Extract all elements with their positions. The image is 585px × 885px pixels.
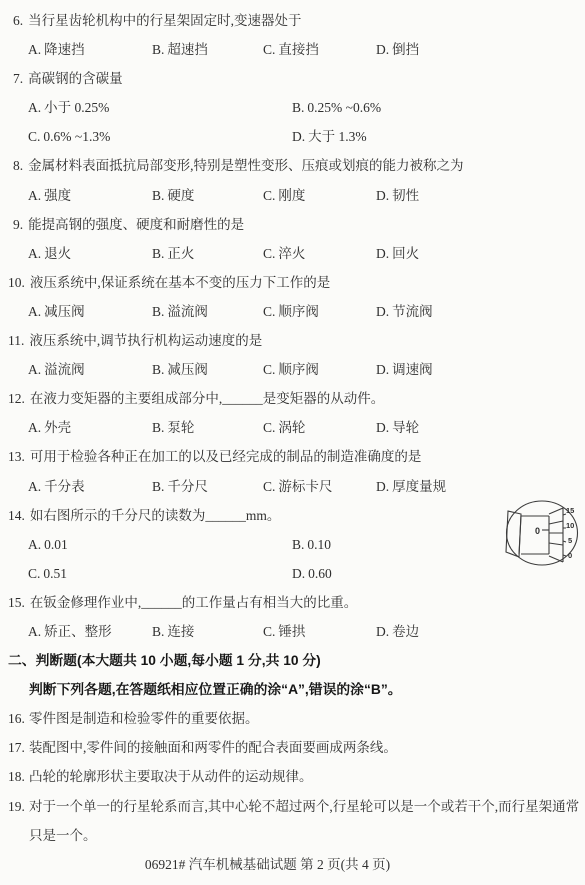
option-label: A. <box>28 420 41 435</box>
mc-question-14: 14.如右图所示的千分尺的读数为______mm。 <box>8 501 577 530</box>
question-number: 18. <box>8 762 25 791</box>
mc-question-7-options-row2: C.0.6% ~1.3% D.大于 1.3% <box>8 122 577 151</box>
option-b: B.溢流阀 <box>152 297 208 326</box>
option-text: 回火 <box>392 246 419 261</box>
option-d: D.0.60 <box>292 559 332 588</box>
option-label: D. <box>376 42 389 57</box>
option-text: 节流阀 <box>392 304 433 319</box>
option-label: B. <box>152 420 164 435</box>
option-label: B. <box>152 188 164 203</box>
question-text: 当行星齿轮机构中的行星架固定时,变速器处于 <box>28 13 301 28</box>
section2-title: 二、判断题(本大题共 10 小题,每小题 1 分,共 10 分) <box>8 646 577 675</box>
option-a: A.减压阀 <box>28 297 85 326</box>
option-a: A.退火 <box>28 239 71 268</box>
option-label: A. <box>28 100 41 115</box>
option-text: 倒挡 <box>392 42 419 57</box>
option-b: B.千分尺 <box>152 472 208 501</box>
question-number: 8. <box>8 158 23 173</box>
option-c: C.锤拱 <box>263 617 305 646</box>
option-c: C.刚度 <box>263 181 305 210</box>
option-c: C.顺序阀 <box>263 297 319 326</box>
option-text: 刚度 <box>278 188 305 203</box>
option-label: C. <box>28 129 40 144</box>
question-text: 零件图是制造和检验零件的重要依据。 <box>29 711 259 726</box>
option-text: 超速挡 <box>167 42 208 57</box>
option-label: B. <box>292 100 304 115</box>
mc-question-11: 11.液压系统中,调节执行机构运动速度的是 <box>8 326 577 355</box>
option-text: 直接挡 <box>278 42 319 57</box>
option-c: C.淬火 <box>263 239 305 268</box>
question-number: 11. <box>8 333 24 348</box>
option-b: B.超速挡 <box>152 35 208 64</box>
question-number: 13. <box>8 449 25 464</box>
option-c: C.0.51 <box>28 559 67 588</box>
option-text: 千分表 <box>44 479 85 494</box>
option-d: D.韧性 <box>376 181 419 210</box>
question-text: 液压系统中,调节执行机构运动速度的是 <box>29 333 262 348</box>
mc-question-11-options: A.溢流阀 B.减压阀 C.顺序阀 D.调速阀 <box>8 355 577 384</box>
option-a: A.矫正、整形 <box>28 617 112 646</box>
judge-question-18: 18.凸轮的轮廓形状主要取决于从动件的运动规律。 <box>8 762 577 791</box>
option-text: 降速挡 <box>44 42 85 57</box>
page-footer: 06921# 汽车机械基础试题 第 2 页(共 4 页) <box>8 850 577 879</box>
option-d: D.节流阀 <box>376 297 433 326</box>
option-label: A. <box>28 537 41 552</box>
question-number: 12. <box>8 391 25 406</box>
option-text: 厚度量规 <box>392 479 446 494</box>
mc-question-9: 9.能提高钢的强度、硬度和耐磨性的是 <box>8 210 577 239</box>
option-label: A. <box>28 479 41 494</box>
option-label: D. <box>376 188 389 203</box>
mc-question-7: 7.高碳钢的含碳量 <box>8 64 577 93</box>
option-label: D. <box>376 624 389 639</box>
option-label: B. <box>152 42 164 57</box>
option-text: 溢流阀 <box>167 304 208 319</box>
mc-question-7-options-row1: A.小于 0.25% B.0.25% ~0.6% <box>8 93 577 122</box>
option-label: C. <box>263 304 275 319</box>
option-a: A.千分表 <box>28 472 85 501</box>
option-text: 小于 0.25% <box>44 100 109 115</box>
micrometer-barrel <box>519 516 549 554</box>
option-b: B.正火 <box>152 239 194 268</box>
mc-question-8: 8.金属材料表面抵抗局部变形,特别是塑性变形、压痕或划痕的能力被称之为 <box>8 151 577 180</box>
option-b: B.连接 <box>152 617 194 646</box>
mc-question-14-options-row2: C.0.51 D.0.60 <box>8 559 577 588</box>
option-text: 韧性 <box>392 188 419 203</box>
option-label: A. <box>28 42 41 57</box>
mc-question-12-options: A.外壳 B.泵轮 C.涡轮 D.导轮 <box>8 413 577 442</box>
option-label: B. <box>152 479 164 494</box>
question-number: 17. <box>8 733 25 762</box>
thimble-scale-label-0: 0 <box>568 551 572 560</box>
option-a: A.0.01 <box>28 530 68 559</box>
question-text: 凸轮的轮廓形状主要取决于从动件的运动规律。 <box>29 769 313 784</box>
option-label: D. <box>376 362 389 377</box>
mc-question-8-options: A.强度 B.硬度 C.刚度 D.韧性 <box>8 181 577 210</box>
option-text: 0.10 <box>307 537 331 552</box>
option-text: 大于 1.3% <box>308 129 367 144</box>
option-label: C. <box>263 42 275 57</box>
option-label: D. <box>376 479 389 494</box>
mc-question-6-options: A.降速挡 B.超速挡 C.直接挡 D.倒挡 <box>8 35 577 64</box>
option-text: 顺序阀 <box>278 304 319 319</box>
option-text: 减压阀 <box>44 304 85 319</box>
option-a: A.强度 <box>28 181 71 210</box>
question-number: 6. <box>8 13 23 28</box>
thimble-scale-label-10: 10 <box>566 521 574 530</box>
mc-question-15-options: A.矫正、整形 B.连接 C.锤拱 D.卷边 <box>8 617 577 646</box>
sleeve-index-label: 0 <box>535 526 540 536</box>
option-label: A. <box>28 304 41 319</box>
question-text: 液压系统中,保证系统在基本不变的压力下工作的是 <box>30 275 330 290</box>
question-text: 对于一个单一的行星轮系而言,其中心轮不超过两个,行星轮可以是一个或若干个,而行星… <box>29 792 584 850</box>
option-b: B.硬度 <box>152 181 194 210</box>
question-number: 16. <box>8 704 25 733</box>
exam-page: 6.当行星齿轮机构中的行星架固定时,变速器处于 A.降速挡 B.超速挡 C.直接… <box>0 0 585 885</box>
option-d: D.调速阀 <box>376 355 433 384</box>
option-label: D. <box>376 246 389 261</box>
option-label: C. <box>263 420 275 435</box>
option-c: C.涡轮 <box>263 413 305 442</box>
micrometer-drawing: 0 15 10 5 0 <box>504 499 584 571</box>
option-label: B. <box>292 537 304 552</box>
question-text: 在钣金修理作业中,______的工作量占有相当大的比重。 <box>30 595 357 610</box>
question-text: 在液力变矩器的主要组成部分中,______是变矩器的从动件。 <box>30 391 384 406</box>
option-text: 涡轮 <box>278 420 305 435</box>
option-c: C.顺序阀 <box>263 355 319 384</box>
option-b: B.0.10 <box>292 530 331 559</box>
option-a: A.外壳 <box>28 413 71 442</box>
option-d: D.厚度量规 <box>376 472 446 501</box>
section2-instruction: 判断下列各题,在答题纸相应位置正确的涂“A”,错误的涂“B”。 <box>8 675 577 704</box>
option-text: 正火 <box>167 246 194 261</box>
question-number: 7. <box>8 71 23 86</box>
option-label: C. <box>263 362 275 377</box>
option-d: D.卷边 <box>376 617 419 646</box>
option-label: A. <box>28 624 41 639</box>
option-text: 减压阀 <box>167 362 208 377</box>
option-text: 顺序阀 <box>278 362 319 377</box>
question-number: 19. <box>8 792 25 821</box>
question-number: 14. <box>8 508 25 523</box>
option-label: A. <box>28 362 41 377</box>
option-a: A.溢流阀 <box>28 355 85 384</box>
micrometer-thimble <box>549 508 563 562</box>
option-text: 硬度 <box>167 188 194 203</box>
option-text: 退火 <box>44 246 71 261</box>
mc-question-15: 15.在钣金修理作业中,______的工作量占有相当大的比重。 <box>8 588 577 617</box>
option-text: 连接 <box>167 624 194 639</box>
option-label: C. <box>263 479 275 494</box>
option-text: 泵轮 <box>167 420 194 435</box>
judge-question-19: 19.对于一个单一的行星轮系而言,其中心轮不超过两个,行星轮可以是一个或若干个,… <box>8 792 584 850</box>
option-c: C.游标卡尺 <box>263 472 332 501</box>
mc-question-6: 6.当行星齿轮机构中的行星架固定时,变速器处于 <box>8 6 577 35</box>
option-text: 千分尺 <box>167 479 208 494</box>
option-d: D.导轮 <box>376 413 419 442</box>
option-text: 0.25% ~0.6% <box>307 100 381 115</box>
option-a: A.小于 0.25% <box>28 93 109 122</box>
option-label: D. <box>292 129 305 144</box>
option-b: B.减压阀 <box>152 355 208 384</box>
option-text: 游标卡尺 <box>278 479 332 494</box>
judge-question-17: 17.装配图中,零件间的接触面和两零件的配合表面要画成两条线。 <box>8 733 577 762</box>
option-text: 0.01 <box>44 537 68 552</box>
question-text: 如右图所示的千分尺的读数为______mm。 <box>30 508 281 523</box>
option-text: 0.60 <box>308 566 332 581</box>
question-text: 金属材料表面抵抗局部变形,特别是塑性变形、压痕或划痕的能力被称之为 <box>28 158 463 173</box>
option-d: D.回火 <box>376 239 419 268</box>
question-number: 10. <box>8 275 25 290</box>
option-d: D.大于 1.3% <box>292 122 367 151</box>
option-label: B. <box>152 246 164 261</box>
option-text: 导轮 <box>392 420 419 435</box>
question-number: 9. <box>8 217 23 232</box>
question-text: 可用于检验各种正在加工的以及已经完成的制品的制造准确度的是 <box>30 449 422 464</box>
option-a: A.降速挡 <box>28 35 85 64</box>
option-label: C. <box>28 566 40 581</box>
mc-question-14-options-row1: A.0.01 B.0.10 <box>8 530 577 559</box>
thimble-scale-label-5: 5 <box>568 536 572 545</box>
option-label: A. <box>28 246 41 261</box>
option-b: B.0.25% ~0.6% <box>292 93 381 122</box>
option-text: 调速阀 <box>392 362 433 377</box>
mc-question-12: 12.在液力变矩器的主要组成部分中,______是变矩器的从动件。 <box>8 384 577 413</box>
option-text: 卷边 <box>392 624 419 639</box>
question-text: 能提高钢的强度、硬度和耐磨性的是 <box>28 217 244 232</box>
mc-question-10-options: A.减压阀 B.溢流阀 C.顺序阀 D.节流阀 <box>8 297 577 326</box>
mc-question-9-options: A.退火 B.正火 C.淬火 D.回火 <box>8 239 577 268</box>
option-text: 锤拱 <box>278 624 305 639</box>
option-text: 强度 <box>44 188 71 203</box>
micrometer-figure: 0 15 10 5 0 <box>504 499 584 571</box>
option-label: B. <box>152 624 164 639</box>
option-label: C. <box>263 188 275 203</box>
option-text: 溢流阀 <box>44 362 85 377</box>
option-text: 0.6% ~1.3% <box>43 129 110 144</box>
question-number: 15. <box>8 595 25 610</box>
option-label: D. <box>292 566 305 581</box>
option-text: 0.51 <box>43 566 67 581</box>
option-label: A. <box>28 188 41 203</box>
option-text: 淬火 <box>278 246 305 261</box>
question-text: 装配图中,零件间的接触面和两零件的配合表面要画成两条线。 <box>29 740 397 755</box>
mc-question-13-options: A.千分表 B.千分尺 C.游标卡尺 D.厚度量规 <box>8 472 577 501</box>
judge-question-16: 16.零件图是制造和检验零件的重要依据。 <box>8 704 577 733</box>
mc-question-13: 13.可用于检验各种正在加工的以及已经完成的制品的制造准确度的是 <box>8 442 577 471</box>
option-label: C. <box>263 246 275 261</box>
mc-question-10: 10.液压系统中,保证系统在基本不变的压力下工作的是 <box>8 268 577 297</box>
option-label: D. <box>376 420 389 435</box>
option-c: C.0.6% ~1.3% <box>28 122 110 151</box>
option-text: 外壳 <box>44 420 71 435</box>
option-text: 矫正、整形 <box>44 624 112 639</box>
option-label: C. <box>263 624 275 639</box>
option-label: B. <box>152 362 164 377</box>
option-d: D.倒挡 <box>376 35 419 64</box>
question-text: 高碳钢的含碳量 <box>28 71 123 86</box>
option-label: B. <box>152 304 164 319</box>
option-c: C.直接挡 <box>263 35 319 64</box>
option-label: D. <box>376 304 389 319</box>
option-b: B.泵轮 <box>152 413 194 442</box>
thimble-scale-label-15: 15 <box>566 506 574 515</box>
